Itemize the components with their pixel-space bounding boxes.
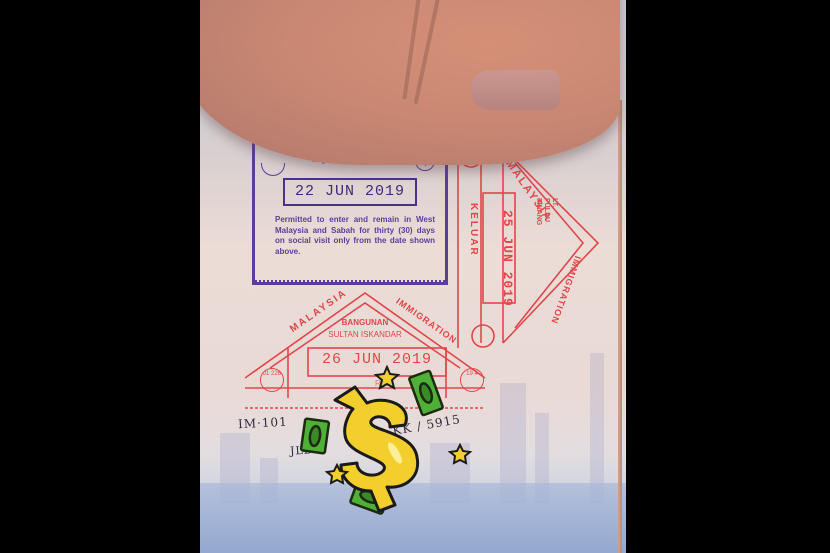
handwritten-note: IM·101 [238,415,288,432]
exit-stamp-location-line: PINANG [534,198,542,225]
hand [200,0,620,165]
visit-pass-conditions: Permitted to enter and remain in West Ma… [275,215,435,257]
exit-stamp-location: LT. PULAU PINANG [534,198,558,225]
exit-stamp-date: 25 JUN 2019 [500,210,515,307]
entry-stamp-left-circle: J1 226 [260,368,284,392]
thumbnail [470,70,560,110]
entry-stamp-location-2: SULTAN ISKANDAR [240,330,490,339]
exit-stamp-location-line: PULAU [542,198,550,225]
stamp-dotted-border [255,276,445,282]
page-edge [618,100,622,553]
exit-stamp-location-line: LT. [550,198,558,225]
dollar-sign-sticker [295,365,475,515]
dollar-icon [335,387,418,511]
stamp-circle-left [261,163,285,176]
entry-stamp-location-1: BANGUNAN [240,318,490,327]
exit-stamp-direction: KELUAR [468,203,479,257]
passport-photo: MALAYSIA IMMIGRATION LT. PULAU PINANG 25… [200,0,626,553]
visit-pass-date: 22 JUN 2019 [283,178,417,206]
